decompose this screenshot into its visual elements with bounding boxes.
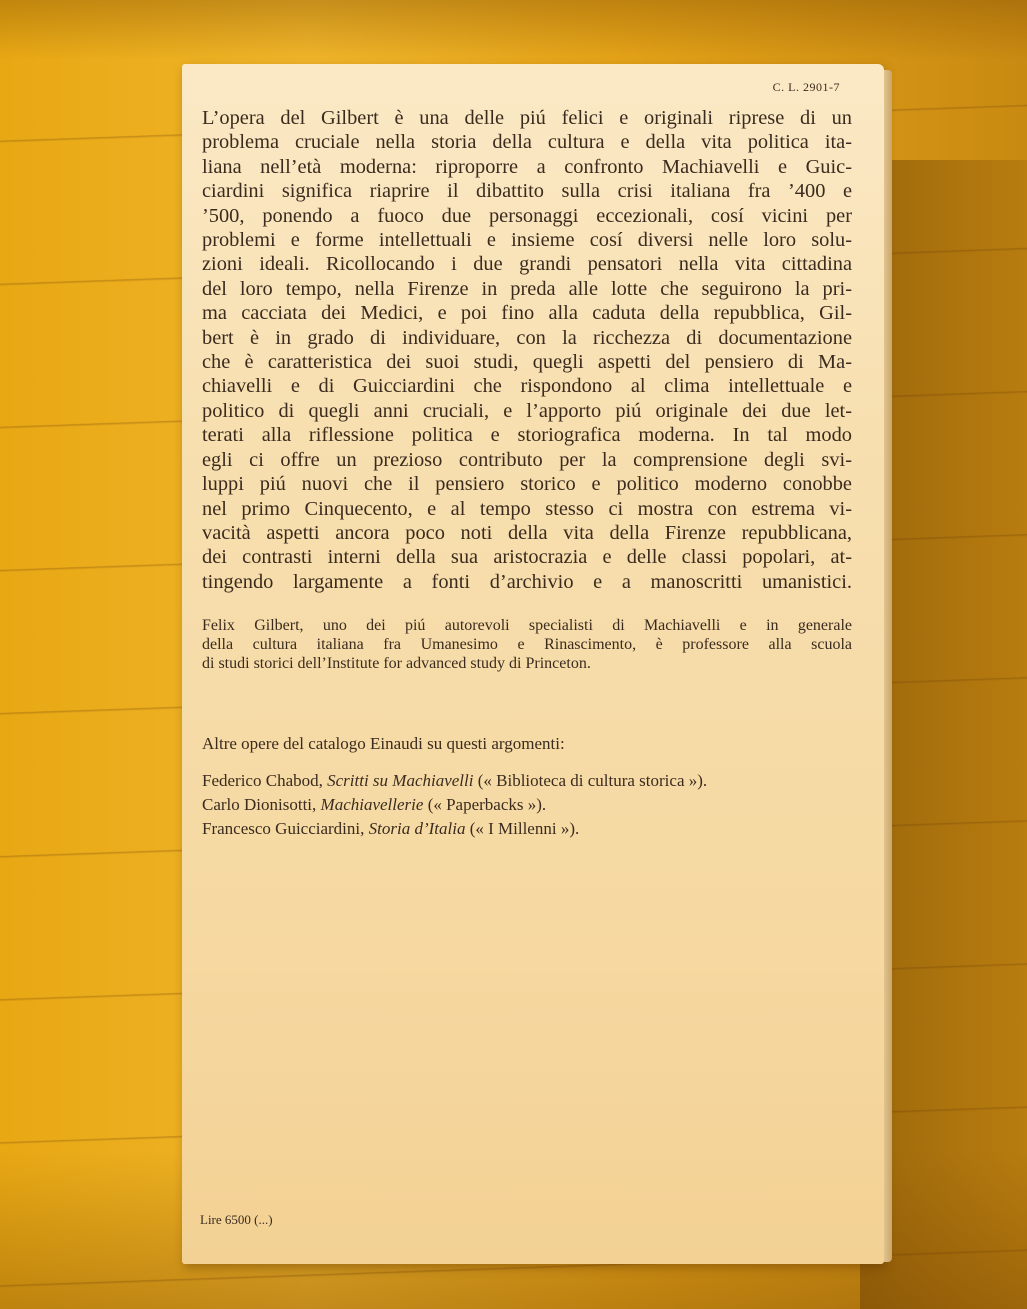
work-series: (« I Millenni »).: [465, 819, 579, 838]
blurb-line: del loro tempo, nella Firenze in preda a…: [202, 277, 852, 301]
other-work-item: Federico Chabod, Scritti su Machiavelli …: [202, 769, 707, 793]
work-title: Storia d’Italia: [369, 819, 466, 838]
blurb-line: nel primo Cinquecento, e al tempo stesso…: [202, 497, 852, 521]
blurb-line: che è caratteristica dei suoi studi, que…: [202, 350, 852, 374]
other-works-list: Federico Chabod, Scritti su Machiavelli …: [202, 769, 707, 841]
blurb-line: ’500, ponendo a fuoco due personaggi ecc…: [202, 204, 852, 228]
blurb-line: zioni ideali. Ricollocando i due grandi …: [202, 252, 852, 276]
book-back-cover: C. L. 2901-7 L’opera del Gilbert è una d…: [182, 64, 884, 1264]
work-author: Francesco Guicciardini,: [202, 819, 369, 838]
work-series: (« Biblioteca di cultura storica »).: [473, 771, 707, 790]
blurb-line: ma cacciata dei Medici, e poi fino alla …: [202, 301, 852, 325]
book-page-edge: [884, 70, 892, 1262]
blurb-line: egli ci offre un prezioso contributo per…: [202, 448, 852, 472]
blurb-line: vacità aspetti ancora poco noti della vi…: [202, 521, 852, 545]
blurb-line: luppi piú nuovi che il pensiero storico …: [202, 472, 852, 496]
other-works-heading: Altre opere del catalogo Einaudi su ques…: [202, 734, 565, 754]
work-author: Carlo Dionisotti,: [202, 795, 321, 814]
bio-line: di studi storici dell’Institute for adva…: [202, 654, 852, 673]
blurb-line: dei contrasti interni della sua aristocr…: [202, 545, 852, 569]
work-series: (« Paperbacks »).: [423, 795, 546, 814]
work-author: Federico Chabod,: [202, 771, 327, 790]
blurb-line: problema cruciale nella storia della cul…: [202, 130, 852, 154]
work-title: Machiavellerie: [321, 795, 424, 814]
price-label: Lire 6500 (...): [200, 1212, 273, 1228]
bio-line: della cultura italiana fra Umanesimo e R…: [202, 635, 852, 654]
blurb-line: terati alla riflessione politica e stori…: [202, 423, 852, 447]
blurb-line: liana nell’età moderna: riproporre a con…: [202, 155, 852, 179]
blurb-paragraph: L’opera del Gilbert è una delle piú feli…: [202, 106, 852, 594]
blurb-line: bert è in grado di individuare, con la r…: [202, 326, 852, 350]
other-work-item: Carlo Dionisotti, Machiavellerie (« Pape…: [202, 793, 707, 817]
other-work-item: Francesco Guicciardini, Storia d’Italia …: [202, 817, 707, 841]
blurb-line: tingendo largamente a fonti d’archivio e…: [202, 570, 852, 594]
work-title: Scritti su Machiavelli: [327, 771, 473, 790]
catalog-code: C. L. 2901-7: [773, 80, 840, 95]
blurb-line: L’opera del Gilbert è una delle piú feli…: [202, 106, 852, 130]
blurb-line: politico di quegli anni cruciali, e l’ap…: [202, 399, 852, 423]
blurb-line: ciardini significa riaprire il dibattito…: [202, 179, 852, 203]
blurb-line: chiavelli e di Guicciardini che rispondo…: [202, 374, 852, 398]
blurb-line: problemi e forme intellettuali e insieme…: [202, 228, 852, 252]
bio-line: Felix Gilbert, uno dei piú autorevoli sp…: [202, 616, 852, 635]
author-bio: Felix Gilbert, uno dei piú autorevoli sp…: [202, 616, 852, 673]
